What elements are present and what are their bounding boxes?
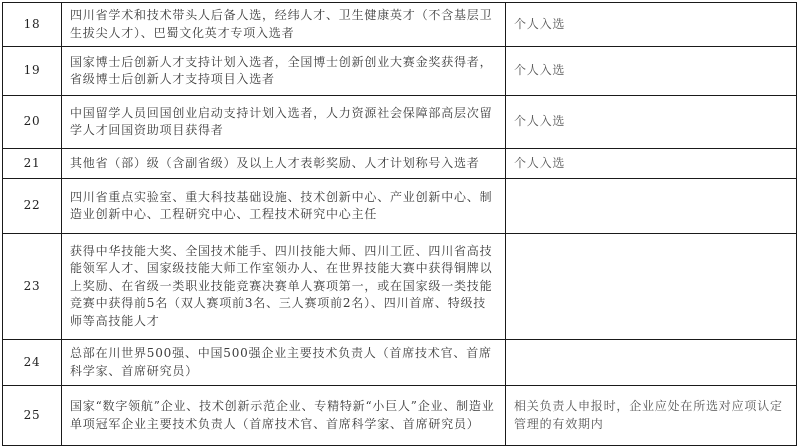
table-row: 19 国家博士后创新人才支持计划入选者，全国博士创新创业大赛金奖获得者，省级博士…	[3, 47, 797, 96]
table-row: 22 四川省重点实验室、重大科技基础设施、技术创新中心、产业创新中心、制造业创新…	[3, 179, 797, 234]
table-row: 20 中国留学人员回国创业启动支持计划入选者，人力资源社会保障部高层次留学人才回…	[3, 96, 797, 149]
table-row: 23 获得中华技能大奖、全国技术能手、四川技能大师、四川工匠、四川省高技能领军人…	[3, 234, 797, 340]
row-number: 24	[3, 340, 62, 386]
row-note: 个人入选	[506, 3, 797, 47]
row-note: 相关负责人申报时，企业应处在所选对应项认定管理的有效期内	[506, 386, 797, 446]
row-number: 18	[3, 3, 62, 47]
table-row: 21 其他省（部）级（含副省级）及以上人才表彰奖励、人才计划称号入选者 个人入选	[3, 149, 797, 179]
row-number: 25	[3, 386, 62, 446]
row-number: 19	[3, 47, 62, 96]
row-item-description: 获得中华技能大奖、全国技术能手、四川技能大师、四川工匠、四川省高技能领军人才、国…	[62, 234, 506, 340]
row-item-description: 国家博士后创新人才支持计划入选者，全国博士创新创业大赛金奖获得者，省级博士后创新…	[62, 47, 506, 96]
table-row: 24 总部在川世界500强、中国500强企业主要技术负责人（首席技术官、首席科学…	[3, 340, 797, 386]
table-row: 18 四川省学术和技术带头人后备人选，经纬人才、卫生健康英才（不含基层卫生拔尖人…	[3, 3, 797, 47]
row-item-description: 四川省学术和技术带头人后备人选，经纬人才、卫生健康英才（不含基层卫生拔尖人才）、…	[62, 3, 506, 47]
row-item-description: 其他省（部）级（含副省级）及以上人才表彰奖励、人才计划称号入选者	[62, 149, 506, 179]
row-note: 个人入选	[506, 47, 797, 96]
row-number: 20	[3, 96, 62, 149]
row-number: 22	[3, 179, 62, 234]
row-item-description: 国家“数字领航”企业、技术创新示范企业、专精特新“小巨人”企业、制造业单项冠军企…	[62, 386, 506, 446]
table-row: 25 国家“数字领航”企业、技术创新示范企业、专精特新“小巨人”企业、制造业单项…	[3, 386, 797, 446]
row-item-description: 四川省重点实验室、重大科技基础设施、技术创新中心、产业创新中心、制造业创新中心、…	[62, 179, 506, 234]
row-note: 个人入选	[506, 149, 797, 179]
row-note	[506, 179, 797, 234]
row-note	[506, 234, 797, 340]
row-item-description: 总部在川世界500强、中国500强企业主要技术负责人（首席技术官、首席科学家、首…	[62, 340, 506, 386]
row-note: 个人入选	[506, 96, 797, 149]
row-item-description: 中国留学人员回国创业启动支持计划入选者，人力资源社会保障部高层次留学人才回国资助…	[62, 96, 506, 149]
row-number: 23	[3, 234, 62, 340]
row-number: 21	[3, 149, 62, 179]
talent-category-table: 18 四川省学术和技术带头人后备人选，经纬人才、卫生健康英才（不含基层卫生拔尖人…	[2, 2, 797, 446]
row-note	[506, 340, 797, 386]
